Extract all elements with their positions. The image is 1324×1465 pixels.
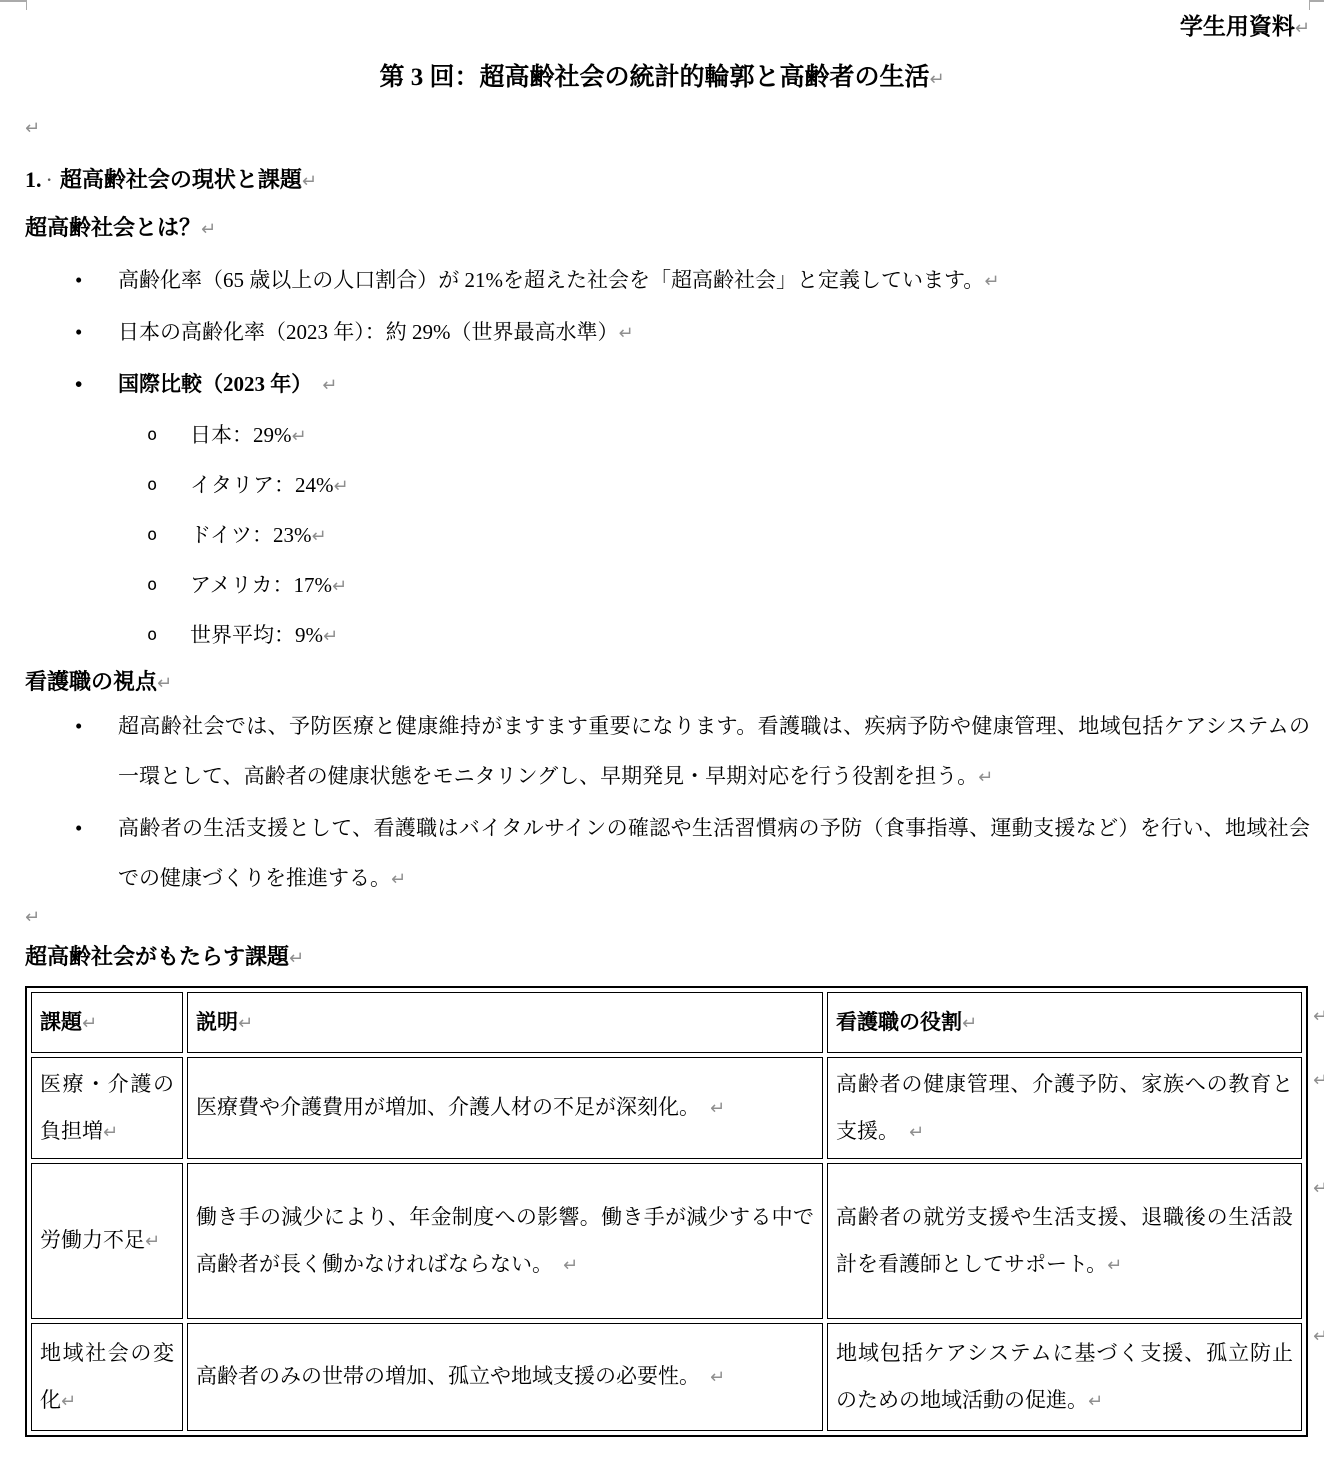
bullet-icon: • bbox=[75, 307, 82, 357]
sublist-item: oイタリア：24%↵ bbox=[0, 461, 1324, 511]
paragraph-mark-icon: ↵ bbox=[929, 69, 944, 90]
paragraph-mark-icon: ↵ bbox=[1295, 18, 1310, 39]
paragraph-mark-icon: ↵ bbox=[334, 476, 349, 497]
cell-text: 労働力不足 bbox=[40, 1228, 145, 1252]
bullet-icon: • bbox=[75, 359, 82, 409]
sublist-item: oドイツ：23%↵ bbox=[0, 511, 1324, 561]
crop-mark-top-left-icon bbox=[0, 0, 27, 10]
cell-text: 働き手の減少により、年金制度への影響。働き手が減少する中で高齢者が長く働かなけれ… bbox=[196, 1205, 814, 1276]
sublist-item: o日本：29%↵ bbox=[0, 411, 1324, 461]
table-cell-description: 医療費や介護費用が増加、介護人材の不足が深刻化。↵ bbox=[187, 1057, 823, 1159]
paragraph-mark-icon: ↵ bbox=[311, 526, 326, 547]
subheading-text: 超高齢社会とは？ bbox=[25, 215, 201, 240]
paragraph-mark-icon: ↵ bbox=[302, 171, 317, 192]
paragraph-mark-icon: ↵ bbox=[322, 375, 337, 396]
table-header-row: 課題↵ 説明↵ 看護職の役割↵ bbox=[31, 992, 1302, 1053]
table-row: 医療・介護の負担増↵ 医療費や介護費用が増加、介護人材の不足が深刻化。↵ 高齢者… bbox=[31, 1057, 1302, 1159]
header-note-line: 学生用資料↵ bbox=[0, 12, 1324, 44]
table-row: 労働力不足↵ 働き手の減少により、年金制度への影響。働き手が減少する中で高齢者が… bbox=[31, 1163, 1302, 1319]
list-item-text: 超高齢社会では、予防医療と健康維持がますます重要になります。看護職は、疾病予防や… bbox=[118, 714, 1310, 788]
document-page: 学生用資料↵ 第 3 回：超高齢社会の統計的輪郭と高齢者の生活↵ ↵ 1.·超高… bbox=[0, 0, 1324, 1465]
list-item-international-comparison: •国際比較（2023 年）↵ bbox=[0, 359, 1324, 411]
space-mark-icon: · bbox=[46, 167, 53, 192]
circle-bullet-icon: o bbox=[147, 511, 157, 560]
document-title: 第 3 回：超高齢社会の統計的輪郭と高齢者の生活 bbox=[379, 64, 929, 91]
paragraph-mark-icon: ↵ bbox=[978, 767, 993, 788]
crop-mark-top-right-icon bbox=[1309, 0, 1324, 10]
table-row: 地域社会の変化↵ 高齢者のみの世帯の増加、孤立や地域支援の必要性。↵ 地域包括ケ… bbox=[31, 1323, 1302, 1431]
table-cell-role: 高齢者の健康管理、介護予防、家族への教育と支援。↵ bbox=[827, 1057, 1302, 1159]
definition-list: •高齢化率（65 歳以上の人口割合）が 21%を超えた社会を「超高齢社会」と定義… bbox=[0, 255, 1324, 411]
paragraph-mark-icon: ↵ bbox=[25, 907, 40, 928]
paragraph-mark-icon: ↵ bbox=[323, 626, 338, 647]
empty-paragraph: ↵ bbox=[0, 905, 1324, 932]
cell-text: 医療費や介護費用が増加、介護人材の不足が深刻化。 bbox=[196, 1095, 700, 1119]
paragraph-mark-icon: ↵ bbox=[332, 576, 347, 597]
sublist-item-text: イタリア：24% bbox=[190, 473, 334, 497]
paragraph-mark-icon: ↵ bbox=[710, 1098, 725, 1119]
sublist-item-text: 日本：29% bbox=[190, 423, 292, 447]
sublist-item: o世界平均：9%↵ bbox=[0, 611, 1324, 661]
paragraph-mark-icon: ↵ bbox=[103, 1122, 118, 1143]
bullet-icon: • bbox=[75, 803, 82, 853]
paragraph-mark-icon: ↵ bbox=[962, 1013, 977, 1034]
circle-bullet-icon: o bbox=[147, 411, 157, 460]
paragraph-mark-icon: ↵ bbox=[563, 1255, 578, 1276]
bullet-icon: • bbox=[75, 701, 82, 751]
circle-bullet-icon: o bbox=[147, 461, 157, 510]
paragraph-mark-icon: ↵ bbox=[201, 219, 216, 240]
paragraph-mark-icon: ↵ bbox=[145, 1231, 160, 1252]
document-title-line: 第 3 回：超高齢社会の統計的輪郭と高齢者の生活↵ bbox=[0, 60, 1324, 98]
circle-bullet-icon: o bbox=[147, 611, 157, 660]
header-cell-text: 看護職の役割 bbox=[836, 1010, 962, 1034]
table-cell-description: 高齢者のみの世帯の増加、孤立や地域支援の必要性。↵ bbox=[187, 1323, 823, 1431]
cell-text: 高齢者の健康管理、介護予防、家族への教育と支援。 bbox=[836, 1072, 1293, 1143]
table-cell-role: 地域包括ケアシステムに基づく支援、孤立防止のための地域活動の促進。↵ bbox=[827, 1323, 1302, 1431]
paragraph-mark-icon: ↵ bbox=[391, 869, 406, 890]
paragraph-mark-icon: ↵ bbox=[61, 1391, 76, 1412]
section-1-heading: 1.·超高齢社会の現状と課題↵ bbox=[0, 163, 1324, 199]
header-cell-text: 課題 bbox=[40, 1010, 82, 1034]
paragraph-mark-icon: ↵ bbox=[82, 1013, 97, 1034]
list-item: •超高齢社会では、予防医療と健康維持がますます重要になります。看護職は、疾病予防… bbox=[0, 701, 1324, 803]
paragraph-mark-icon: ↵ bbox=[1088, 1391, 1103, 1412]
challenges-heading: 超高齢社会がもたらす課題↵ bbox=[0, 940, 1324, 976]
paragraph-mark-icon: ↵ bbox=[157, 673, 172, 694]
sublist-item: oアメリカ：17%↵ bbox=[0, 561, 1324, 611]
list-item: •日本の高齢化率（2023 年）：約 29%（世界最高水準）↵ bbox=[0, 307, 1324, 359]
cell-text: 地域包括ケアシステムに基づく支援、孤立防止のための地域活動の促進。 bbox=[836, 1341, 1293, 1412]
subheading-what-is: 超高齢社会とは？↵ bbox=[0, 211, 1324, 247]
nursing-view-heading: 看護職の視点↵ bbox=[0, 665, 1324, 701]
list-item: •高齢者の生活支援として、看護職はバイタルサインの確認や生活習慣病の予防（食事指… bbox=[0, 803, 1324, 905]
list-item-text: 高齢者の生活支援として、看護職はバイタルサインの確認や生活習慣病の予防（食事指導… bbox=[118, 816, 1310, 890]
challenges-table-container: 課題↵ 説明↵ 看護職の役割↵ 医療・介護の負担増↵ 医療費や介護費用が増加、介… bbox=[25, 986, 1308, 1437]
paragraph-mark-icon: ↵ bbox=[984, 271, 999, 292]
table-cell-topic: 労働力不足↵ bbox=[31, 1163, 183, 1319]
table-row-end-mark-icon: ↵ bbox=[1313, 1006, 1324, 1027]
table-cell-topic: 地域社会の変化↵ bbox=[31, 1323, 183, 1431]
sublist-item-text: 世界平均：9% bbox=[190, 623, 323, 647]
section-heading-text: 超高齢社会の現状と課題 bbox=[60, 167, 302, 192]
paragraph-mark-icon: ↵ bbox=[909, 1122, 924, 1143]
paragraph-mark-icon: ↵ bbox=[1107, 1255, 1122, 1276]
challenges-table: 課題↵ 説明↵ 看護職の役割↵ 医療・介護の負担増↵ 医療費や介護費用が増加、介… bbox=[25, 986, 1308, 1437]
table-header-cell-description: 説明↵ bbox=[187, 992, 823, 1053]
paragraph-mark-icon: ↵ bbox=[289, 948, 304, 969]
table-header-cell-topic: 課題↵ bbox=[31, 992, 183, 1053]
table-cell-topic: 医療・介護の負担増↵ bbox=[31, 1057, 183, 1159]
table-cell-description: 働き手の減少により、年金制度への影響。働き手が減少する中で高齢者が長く働かなけれ… bbox=[187, 1163, 823, 1319]
cell-text: 高齢者のみの世帯の増加、孤立や地域支援の必要性。 bbox=[196, 1364, 700, 1388]
list-item: •高齢化率（65 歳以上の人口割合）が 21%を超えた社会を「超高齢社会」と定義… bbox=[0, 255, 1324, 307]
table-header-cell-role: 看護職の役割↵ bbox=[827, 992, 1302, 1053]
header-note-text: 学生用資料 bbox=[1180, 14, 1295, 39]
section-number: 1. bbox=[25, 167, 42, 192]
table-cell-role: 高齢者の就労支援や生活支援、退職後の生活設計を看護師としてサポート。↵ bbox=[827, 1163, 1302, 1319]
sublist-item-text: ドイツ：23% bbox=[190, 523, 311, 547]
sublist-item-text: アメリカ：17% bbox=[190, 573, 332, 597]
header-cell-text: 説明 bbox=[196, 1010, 238, 1034]
list-item-text: 国際比較（2023 年） bbox=[118, 372, 312, 396]
nursing-list: •超高齢社会では、予防医療と健康維持がますます重要になります。看護職は、疾病予防… bbox=[0, 701, 1324, 905]
country-sublist: o日本：29%↵ oイタリア：24%↵ oドイツ：23%↵ oアメリカ：17%↵… bbox=[0, 411, 1324, 661]
paragraph-mark-icon: ↵ bbox=[238, 1013, 253, 1034]
cell-text: 高齢者の就労支援や生活支援、退職後の生活設計を看護師としてサポート。 bbox=[836, 1205, 1293, 1276]
paragraph-mark-icon: ↵ bbox=[25, 118, 40, 139]
heading-text: 看護職の視点 bbox=[25, 669, 157, 694]
paragraph-mark-icon: ↵ bbox=[619, 323, 634, 344]
heading-text: 超高齢社会がもたらす課題 bbox=[25, 944, 289, 969]
table-row-end-mark-icon: ↵ bbox=[1313, 1070, 1324, 1091]
paragraph-mark-icon: ↵ bbox=[710, 1367, 725, 1388]
list-item-text: 日本の高齢化率（2023 年）：約 29%（世界最高水準） bbox=[118, 320, 619, 344]
paragraph-mark-icon: ↵ bbox=[292, 426, 307, 447]
empty-paragraph: ↵ bbox=[0, 116, 1324, 143]
table-row-end-mark-icon: ↵ bbox=[1313, 1326, 1324, 1347]
table-row-end-mark-icon: ↵ bbox=[1313, 1178, 1324, 1199]
bullet-icon: • bbox=[75, 255, 82, 305]
circle-bullet-icon: o bbox=[147, 561, 157, 610]
list-item-text: 高齢化率（65 歳以上の人口割合）が 21%を超えた社会を「超高齢社会」と定義し… bbox=[118, 268, 984, 292]
